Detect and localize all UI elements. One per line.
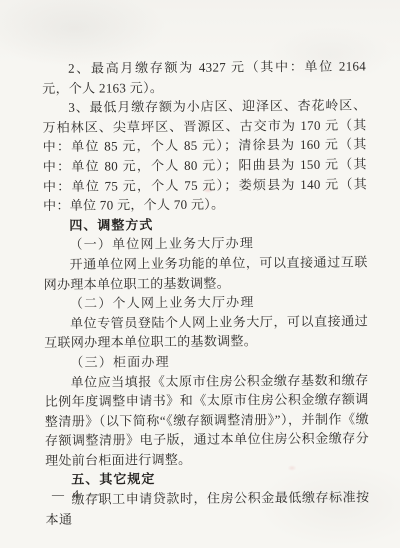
sub-heading: （三）柜面办理: [44, 350, 368, 372]
paragraph: 3、最低月缴存额为小店区、迎泽区、杏花岭区、万柏林区、尖草坪区、晋源区、古交市为…: [42, 96, 367, 216]
paragraph: 单位应当填报《太原市住房公积金缴存基数和缴存比例年度调整申请书》和《太原市住房公…: [44, 370, 369, 471]
page-number: — 4 —: [52, 487, 103, 502]
paragraph: 开通单位网上业务功能的单位，可以直接通过互联网办理本单位职工的基数调整。: [44, 252, 368, 294]
paragraph: 单位专管员登陆个人网上业务大厅，可以直接通过互联网办理本单位职工的基数调整。: [44, 311, 368, 353]
scanned-page: { "document": { "language": "zh-CN", "pa…: [0, 0, 400, 548]
sub-heading: （一）单位网上业务大厅办理: [43, 233, 367, 255]
sub-heading: （二）个人网上业务大厅办理: [44, 292, 368, 314]
paragraph: 2、最高月缴存额为 4327 元（其中：单位 2164 元，个人 2163 元）…: [42, 56, 366, 98]
section-heading: 四、调整方式: [43, 213, 367, 235]
document-body: 2、最高月缴存额为 4327 元（其中：单位 2164 元，个人 2163 元）…: [42, 56, 370, 529]
